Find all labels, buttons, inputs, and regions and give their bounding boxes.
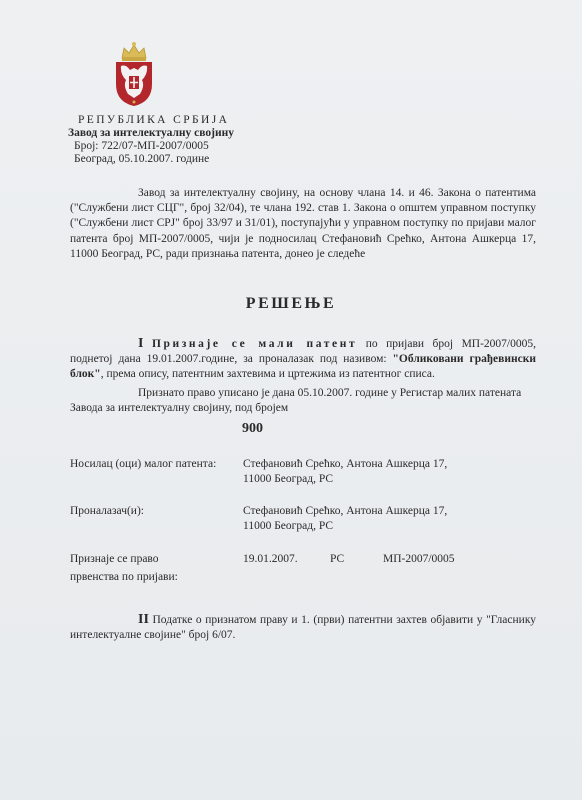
decision-title: РЕШЕЊЕ xyxy=(0,295,582,313)
document-page: РЕПУБЛИКА СРБИЈА Завод за интелектуалну … xyxy=(0,0,582,800)
section-1-roman: I xyxy=(138,336,143,351)
serbian-coat-of-arms-icon xyxy=(112,40,156,108)
section-2-paragraph: II Податке о признатом праву и 1. (први)… xyxy=(70,612,536,643)
inventor-line-2: 11000 Београд, РС xyxy=(243,519,447,534)
priority-label-line-2: првенства по пријави: xyxy=(70,570,178,585)
section-2-roman: II xyxy=(138,612,149,627)
priority-country: РС xyxy=(330,552,344,567)
letterhead: РЕПУБЛИКА СРБИЈА Завод за интелектуалну … xyxy=(68,114,234,166)
holder-value: Стефановић Срећко, Антона Ашкерца 17, 11… xyxy=(243,457,447,487)
registration-number: 900 xyxy=(242,421,263,437)
inventor-value: Стефановић Срећко, Антона Ашкерца 17, 11… xyxy=(243,504,447,534)
document-number: Број: 722/07-МП-2007/0005 xyxy=(68,140,234,153)
holder-line-2: 11000 Београд, РС xyxy=(243,472,447,487)
country-name: РЕПУБЛИКА СРБИЈА xyxy=(68,114,234,127)
priority-date: 19.01.2007. xyxy=(243,552,298,567)
intro-paragraph: Завод за интелектуалну својину, на основ… xyxy=(70,186,536,262)
section-1-text-after: , према опису, патентним захтевима и црт… xyxy=(101,368,435,380)
registration-paragraph: Признато право уписано је дана 05.10.200… xyxy=(70,386,536,416)
institution-name: Завод за интелектуалну својину xyxy=(68,127,234,140)
section-1-spaced-text: Признаје се мали патент xyxy=(152,338,357,350)
holder-line-1: Стефановић Срећко, Антона Ашкерца 17, xyxy=(243,457,447,472)
priority-label-line-1: Признаје се право xyxy=(70,552,159,567)
place-and-date: Београд, 05.10.2007. године xyxy=(68,153,234,166)
section-1-paragraph: I Признаје се мали патент по пријави бро… xyxy=(70,336,536,383)
holder-label: Носилац (оци) малог патента: xyxy=(70,457,216,472)
inventor-line-1: Стефановић Срећко, Антона Ашкерца 17, xyxy=(243,504,447,519)
priority-number: МП-2007/0005 xyxy=(383,552,455,567)
inventor-label: Проналазач(и): xyxy=(70,504,144,519)
